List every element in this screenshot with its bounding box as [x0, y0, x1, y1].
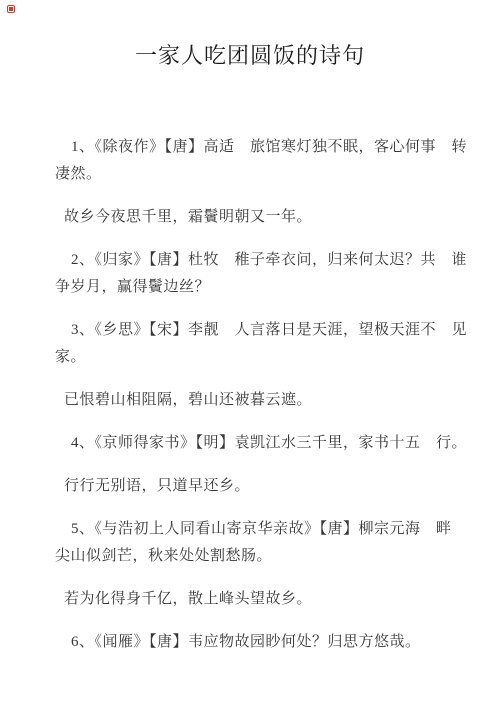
text-line: 故乡今夜思千里，霜鬢明朝又一年。: [64, 204, 470, 231]
paragraph: 6、《闻雁》【唐】韦应物故园眇何处？归思方悠哉。: [55, 629, 470, 656]
text-line: 5、《与浩初上人同看山寄京华亲故》【唐】柳宗元海 畔: [71, 516, 470, 543]
text-line: 争岁月，赢得鬢边丝？: [55, 274, 470, 301]
page-title: 一家人吃团圆饭的诗句: [0, 43, 500, 68]
text-line: 3、《乡思》【宋】李靓 人言落日是天涯，望极天涯不 见: [71, 317, 470, 344]
text-line: 已恨碧山相阻隔，碧山还被暮云遮。: [64, 387, 470, 414]
paragraph: 2、《归家》【唐】杜牧 稚子牵衣问，归来何太迟？共 谁争岁月，赢得鬢边丝？: [55, 247, 470, 301]
paragraph: 4、《京师得家书》【明】袁凯江水三千里，家书十五 行。: [55, 430, 470, 457]
text-line: 6、《闻雁》【唐】韦应物故园眇何处？归思方悠哉。: [71, 629, 470, 656]
text-line: 4、《京师得家书》【明】袁凯江水三千里，家书十五 行。: [71, 430, 470, 457]
paragraph: 已恨碧山相阻隔，碧山还被暮云遮。: [55, 387, 470, 414]
text-line: 家。: [55, 344, 470, 371]
text-line: 1、《除夜作》【唐】高适 旅馆寒灯独不眠，客心何事 转: [71, 134, 470, 161]
paragraph: 故乡今夜思千里，霜鬢明朝又一年。: [55, 204, 470, 231]
paragraph: 5、《与浩初上人同看山寄京华亲故》【唐】柳宗元海 畔尖山似剑芒，秋来处处割愁肠。: [55, 516, 470, 570]
text-line: 行行无别语，只道早还乡。: [64, 473, 470, 500]
document-body: 1、《除夜作》【唐】高适 旅馆寒灯独不眠，客心何事 转凄然。故乡今夜思千里，霜鬢…: [55, 134, 470, 672]
text-line: 若为化得身千亿，散上峰头望故乡。: [64, 586, 470, 613]
corner-watermark-icon: [7, 5, 15, 13]
paragraph: 若为化得身千亿，散上峰头望故乡。: [55, 586, 470, 613]
paragraph: 1、《除夜作》【唐】高适 旅馆寒灯独不眠，客心何事 转凄然。: [55, 134, 470, 188]
paragraph: 3、《乡思》【宋】李靓 人言落日是天涯，望极天涯不 见家。: [55, 317, 470, 371]
text-line: 尖山似剑芒，秋来处处割愁肠。: [55, 543, 470, 570]
paragraph: 行行无别语，只道早还乡。: [55, 473, 470, 500]
text-line: 2、《归家》【唐】杜牧 稚子牵衣问，归来何太迟？共 谁: [71, 247, 470, 274]
document-page: 一家人吃团圆饭的诗句 1、《除夜作》【唐】高适 旅馆寒灯独不眠，客心何事 转凄然…: [0, 0, 500, 728]
text-line: 凄然。: [55, 161, 470, 188]
